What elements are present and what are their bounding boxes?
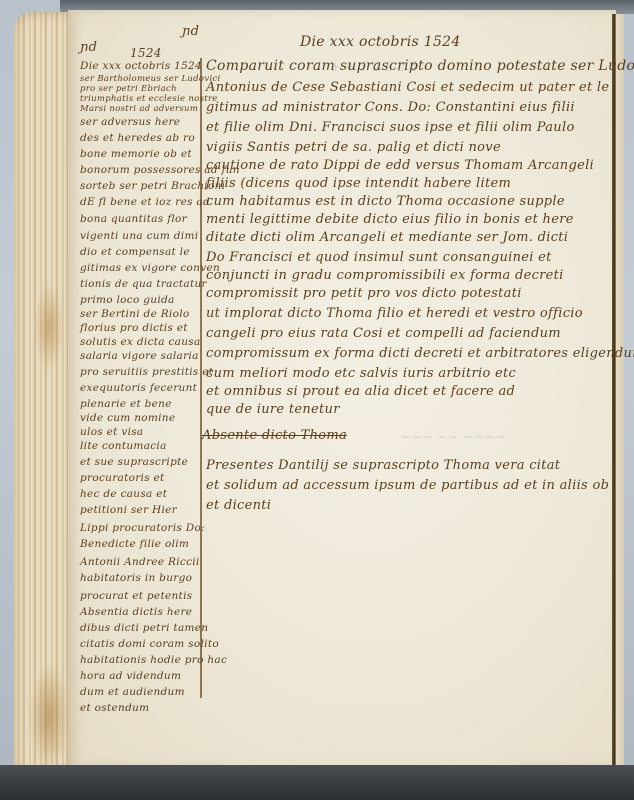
margin-line: habitationis hodie pro hac: [80, 654, 227, 666]
struck-line: Absente dicto Thoma: [202, 428, 347, 443]
margin-line: hec de causa et: [80, 488, 167, 500]
main-line: cum habitamus est in dicto Thoma occasio…: [206, 194, 565, 209]
margin-line: ulos et visa: [80, 426, 143, 438]
main-line: conjuncti in gradu compromissibili ex fo…: [206, 268, 564, 283]
margin-line: dum et audiendum: [80, 686, 185, 698]
margin-line: dibus dicti petri tamen: [80, 622, 208, 634]
margin-line: Lippi procuratoris Do:: [80, 522, 205, 534]
water-stain: [29, 662, 69, 772]
corner-mark-left: ɲd: [80, 40, 97, 55]
main-line: cangeli pro eius rata Cosi et compelli a…: [206, 326, 561, 341]
main-line: que de iure tenetur: [206, 402, 340, 417]
margin-line: sorteb ser petri Brachioni: [80, 180, 225, 192]
margin-line: Benedicte filie olim: [80, 538, 189, 550]
main-line: cautione de rato Dippi de edd versus Tho…: [206, 158, 594, 173]
margin-line: ser adversus here: [80, 116, 180, 128]
margin-line: pro seruitiis prestitis et: [80, 366, 213, 378]
margin-line: lite contumacia: [80, 440, 167, 452]
margin-line: des et heredes ab ro: [80, 132, 195, 144]
main-line: et omnibus si prout ea alia dicet et fac…: [206, 384, 515, 399]
main-line: et filie olim Dni. Francisci suos ipse e…: [206, 120, 575, 135]
main-line: ditate dicti olim Arcangeli et mediante …: [206, 230, 568, 245]
main-line: gitimus ad ministrator Cons. Do: Constan…: [206, 100, 575, 115]
margin-line: Marsi nostri ad adversum: [80, 104, 198, 114]
main-line: menti legittime debite dicto eius filio …: [206, 212, 574, 227]
main-line: compromissit pro petit pro vos dicto pot…: [206, 286, 522, 301]
margin-line: ser Bertini de Riolo: [80, 308, 189, 320]
main-line: vigiis Santis petri de sa. palig et dict…: [206, 140, 501, 155]
corner-mark-center: ɲd: [182, 24, 199, 39]
margin-line: vide cum nomine: [80, 412, 175, 424]
margin-line: bona quantitas flor: [80, 213, 187, 225]
main-line: ut implorat dicto Thoma filio et heredi …: [206, 306, 583, 321]
margin-line: salaria vigore salaria: [80, 350, 199, 362]
margin-line: solutis ex dicta causa: [80, 336, 201, 348]
margin-line: dio et compensat le: [80, 246, 190, 258]
margin-line: Antonii Andree Riccii: [80, 556, 200, 568]
margin-line: hora ad videndum: [80, 670, 181, 682]
main-line: filiis (dicens quod ipse intendit habere…: [206, 176, 511, 191]
final-paragraph-line: et solidum ad accessum ipsum de partibus…: [206, 478, 609, 493]
main-line: Do Francisci et quod insimul sunt consan…: [206, 250, 552, 265]
final-paragraph-line: et dicenti: [206, 498, 271, 513]
bleed-through-text: ~~~ ~~ ~~~~: [400, 430, 506, 445]
margin-line: procurat et petentis: [80, 590, 192, 602]
margin-line: ser Bartholomeus ser Ludovici: [80, 74, 221, 84]
margin-line: triumphatis et ecclesie nostre: [80, 94, 218, 104]
margin-divider-rule: [200, 58, 202, 698]
margin-line: et ostendum: [80, 702, 149, 714]
margin-line: pro ser petri Ebriach: [80, 84, 177, 94]
margin-line: primo loco guida: [80, 294, 175, 306]
main-line: Antonius de Cese Sebastiani Cosi et sede…: [206, 80, 609, 95]
margin-line: habitatoris in burgo: [80, 572, 192, 584]
margin-line: dE fl bene et ioz res ad: [80, 196, 210, 208]
margin-year: 1524: [130, 46, 162, 60]
main-line: cum meliori modo etc salvis iuris arbitr…: [206, 366, 516, 381]
margin-line: petitioni ser Hier: [80, 504, 177, 516]
page-right-edge: [612, 14, 624, 774]
margin-line: exequutoris fecerunt: [80, 382, 197, 394]
margin-line: bone memorie ob et: [80, 148, 192, 160]
margin-line: et sue suprascripte: [80, 456, 188, 468]
margin-line: citatis domi coram solito: [80, 638, 219, 650]
margin-line: Absentia dictis here: [80, 606, 192, 618]
margin-line: florius pro dictis et: [80, 322, 188, 334]
book-bottom-shadow: [0, 765, 634, 800]
water-stain: [34, 282, 64, 372]
final-paragraph-line: Presentes Dantilij se suprascripto Thoma…: [206, 458, 560, 473]
date-heading: Die xxx octobris 1524: [300, 34, 461, 50]
main-line: Comparuit coram suprascripto domino pote…: [206, 58, 634, 74]
main-line: compromissum ex forma dicti decreti et a…: [206, 346, 634, 361]
margin-line: procuratoris et: [80, 472, 165, 484]
margin-line: Die xxx octobris 1524: [80, 60, 202, 72]
margin-line: tionis de qua tractatur: [80, 278, 207, 290]
margin-line: vigenti una cum dimi: [80, 230, 198, 242]
margin-line: gitimas ex vigore conven: [80, 262, 220, 274]
margin-line: plenarie et bene: [80, 398, 172, 410]
page-edges-stack: [14, 12, 72, 777]
